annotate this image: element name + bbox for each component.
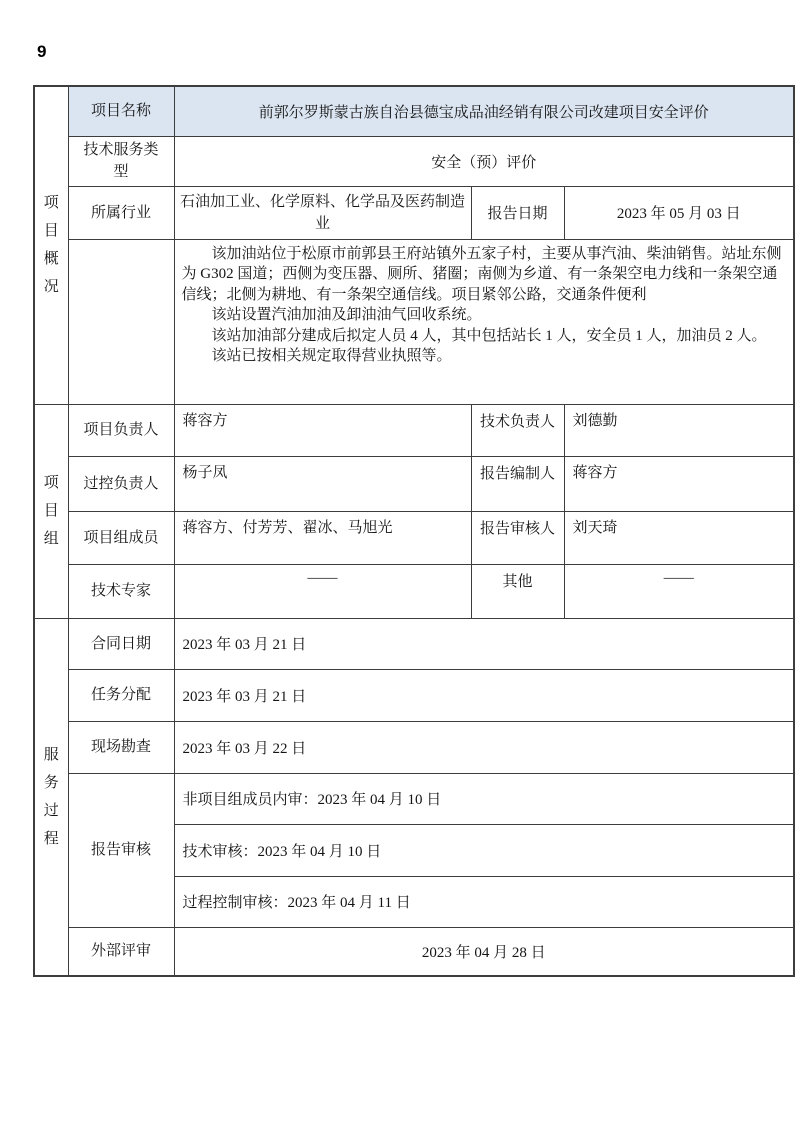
report-review-item: 非项目组成员内审：2023 年 04 月 10 日 — [174, 773, 794, 824]
overview-paragraph: 该站已按相关规定取得营业执照等。 — [182, 346, 787, 367]
section-team-cell: 项目组 — [34, 404, 68, 618]
report-review-item: 技术审核：2023 年 04 月 10 日 — [174, 824, 794, 876]
section-process-cell: 服务过程 — [34, 618, 68, 976]
project-name-label: 项目名称 — [68, 86, 174, 136]
overview-paragraph: 该站设置汽油加油及卸油油气回收系统。 — [182, 305, 787, 326]
tech-expert-value: —— — [174, 564, 471, 618]
section-team-label: 项目组 — [43, 469, 59, 553]
project-info-table: 项目概况 项目名称 前郭尔罗斯蒙古族自治县德宝成品油经销有限公司改建项目安全评价… — [33, 85, 795, 977]
contract-date-value: 2023 年 03 月 21 日 — [174, 618, 794, 669]
other-value: —— — [564, 564, 794, 618]
tech-expert-label: 技术专家 — [68, 564, 174, 618]
report-date-label: 报告日期 — [471, 186, 564, 239]
team-members-value: 蒋容方、付芳芳、翟冰、马旭光 — [174, 511, 471, 564]
task-assignment-label: 任务分配 — [68, 669, 174, 721]
project-leader-label: 项目负责人 — [68, 404, 174, 456]
report-reviewer-label: 报告审核人 — [471, 511, 564, 564]
section-overview-label: 项目概况 — [43, 189, 59, 301]
tech-leader-label: 技术负责人 — [471, 404, 564, 456]
contract-date-label: 合同日期 — [68, 618, 174, 669]
report-reviewer-value: 刘天琦 — [564, 511, 794, 564]
site-survey-value: 2023 年 03 月 22 日 — [174, 721, 794, 773]
team-members-label: 项目组成员 — [68, 511, 174, 564]
service-type-label: 技术服务类型 — [68, 136, 174, 186]
process-control-leader-label: 过控负责人 — [68, 456, 174, 511]
project-leader-value: 蒋容方 — [174, 404, 471, 456]
other-label: 其他 — [471, 564, 564, 618]
report-writer-value: 蒋容方 — [564, 456, 794, 511]
page-number: 9 — [37, 42, 46, 62]
report-review-item: 过程控制审核：2023 年 04 月 11 日 — [174, 876, 794, 927]
external-review-label: 外部评审 — [68, 927, 174, 976]
industry-value: 石油加工业、化学原料、化学品及医药制造业 — [174, 186, 471, 239]
site-survey-label: 现场勘查 — [68, 721, 174, 773]
task-assignment-value: 2023 年 03 月 21 日 — [174, 669, 794, 721]
overview-spacer-cell — [68, 239, 174, 404]
report-writer-label: 报告编制人 — [471, 456, 564, 511]
report-review-label: 报告审核 — [68, 773, 174, 927]
service-type-value: 安全（预）评价 — [174, 136, 794, 186]
report-date-value: 2023 年 05 月 03 日 — [564, 186, 794, 239]
section-overview-cell: 项目概况 — [34, 86, 68, 404]
overview-paragraph: 该加油站位于松原市前郭县王府站镇外五家子村，主要从事汽油、柴油销售。站址东侧为 … — [182, 244, 787, 306]
process-control-leader-value: 杨子凤 — [174, 456, 471, 511]
industry-label: 所属行业 — [68, 186, 174, 239]
overview-paragraph: 该站加油部分建成后拟定人员 4 人，其中包括站长 1 人，安全员 1 人，加油员… — [182, 326, 787, 347]
tech-leader-value: 刘德勤 — [564, 404, 794, 456]
external-review-value: 2023 年 04 月 28 日 — [174, 927, 794, 976]
overview-text-cell: 该加油站位于松原市前郭县王府站镇外五家子村，主要从事汽油、柴油销售。站址东侧为 … — [174, 239, 794, 404]
project-name-value: 前郭尔罗斯蒙古族自治县德宝成品油经销有限公司改建项目安全评价 — [174, 86, 794, 136]
section-process-label: 服务过程 — [43, 741, 59, 853]
